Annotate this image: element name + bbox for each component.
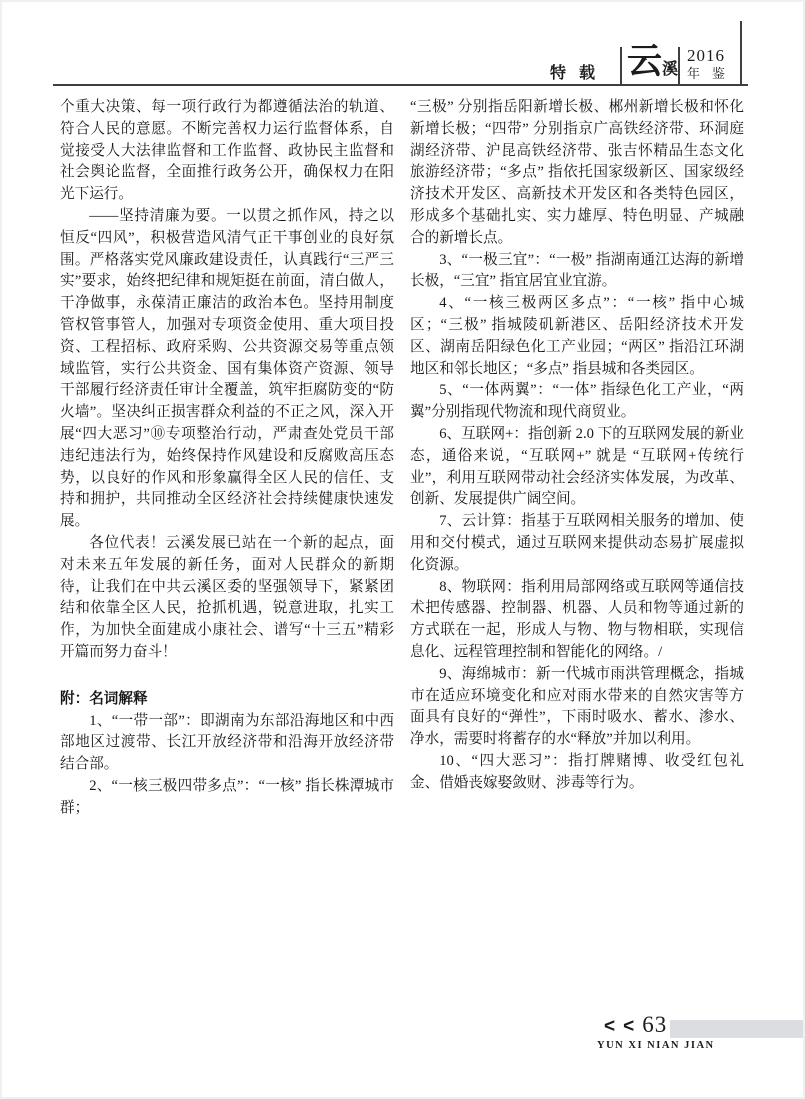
section-title: 特载 — [550, 60, 608, 83]
header-divider — [678, 47, 680, 84]
glossary-item: 7、云计算：指基于互联网相关服务的增加、使用和交付模式，通过互联网来提供动态易扩… — [410, 511, 744, 576]
glossary-item: 9、海绵城市：新一代城市雨洪管理概念，指城市在适应环境变化和应对雨水带来的自然灾… — [410, 664, 744, 751]
glossary-item: 8、物联网：指利用局部网络或互联网等通信技术把传感器、控制器、机器、人员和物等通… — [410, 577, 744, 664]
page-body: 个重大决策、每一项行政行为都遵循法治的轨道、符合人民的意愿。不断完善权力运行监督… — [60, 97, 744, 820]
glossary-heading: 附：名词解释 — [60, 689, 394, 711]
left-text-column: 个重大决策、每一项行政行为都遵循法治的轨道、符合人民的意愿。不断完善权力运行监督… — [60, 97, 394, 820]
glossary-item: 6、互联网+：指创新 2.0 下的互联网发展的新业态，通俗来说，“互联网+” 就… — [410, 424, 744, 511]
paragraph: 个重大决策、每一项行政行为都遵循法治的轨道、符合人民的意愿。不断完善权力运行监督… — [60, 97, 394, 206]
footer-decor-bar — [670, 1020, 803, 1038]
glossary-item: “三极” 分别指岳阳新增长极、郴州新增长极和怀化新增长极；“四带” 分别指京广高… — [410, 97, 744, 250]
year-block: 2016 年鉴 — [687, 46, 737, 83]
glossary-item: 10、“四大恶习”：指打牌赌博、收受红包礼金、借婚丧嫁娶敛财、涉毒等行为。 — [410, 751, 744, 795]
yearbook-logo: 云 溪 — [627, 42, 677, 82]
logo-char-large: 云 — [627, 42, 662, 82]
glossary-item: 3、“一极三宜”：“一极” 指湖南通江达海的新增长极，“三宜” 指宜居宜业宜游。 — [410, 250, 744, 294]
header-rule — [53, 84, 748, 86]
year-label: 年鉴 — [687, 65, 737, 83]
year: 2016 — [687, 46, 737, 65]
section-gap — [60, 664, 394, 689]
glossary-item: 2、“一核三极四带多点”：“一核” 指长株潭城市群； — [60, 776, 394, 820]
logo-char-small: 溪 — [662, 58, 678, 82]
paragraph: ——坚持清廉为要。一以贯之抓作风，持之以恒反“四风”，积极营造风清气正干事创业的… — [60, 206, 394, 533]
glossary-item: 4、“一核三极两区多点”：“一核” 指中心城区；“三极” 指城陵矶新港区、岳阳经… — [410, 293, 744, 380]
journal-romanized-name: YUN XI NIAN JIAN — [597, 1040, 715, 1051]
header-divider — [620, 47, 622, 84]
glossary-item: 1、“一带一部”：即湖南为东部沿海地区和中西部地区过渡带、长江开放经济带和沿海开… — [60, 711, 394, 776]
glossary-item: 5、“一体两翼”：“一体” 指绿色化工产业，“两翼”分别指现代物流和现代商贸业。 — [410, 380, 744, 424]
footer-pagination: < < 63 — [604, 1012, 667, 1038]
right-text-column: “三极” 分别指岳阳新增长极、郴州新增长极和怀化新增长极；“四带” 分别指京广高… — [410, 97, 744, 820]
back-arrow-icon: < — [604, 1016, 615, 1038]
paragraph: 各位代表！云溪发展已站在一个新的起点，面对未来五年发展的新任务，面对人民群众的新… — [60, 533, 394, 664]
header-divider — [740, 21, 742, 84]
yearbook-page: 特载 云 溪 2016 年鉴 个重大决策、每一项行政行为都遵循法治的轨道、符合人… — [0, 0, 805, 1099]
back-arrow-icon: < — [623, 1016, 634, 1038]
page-number: 63 — [642, 1012, 667, 1038]
